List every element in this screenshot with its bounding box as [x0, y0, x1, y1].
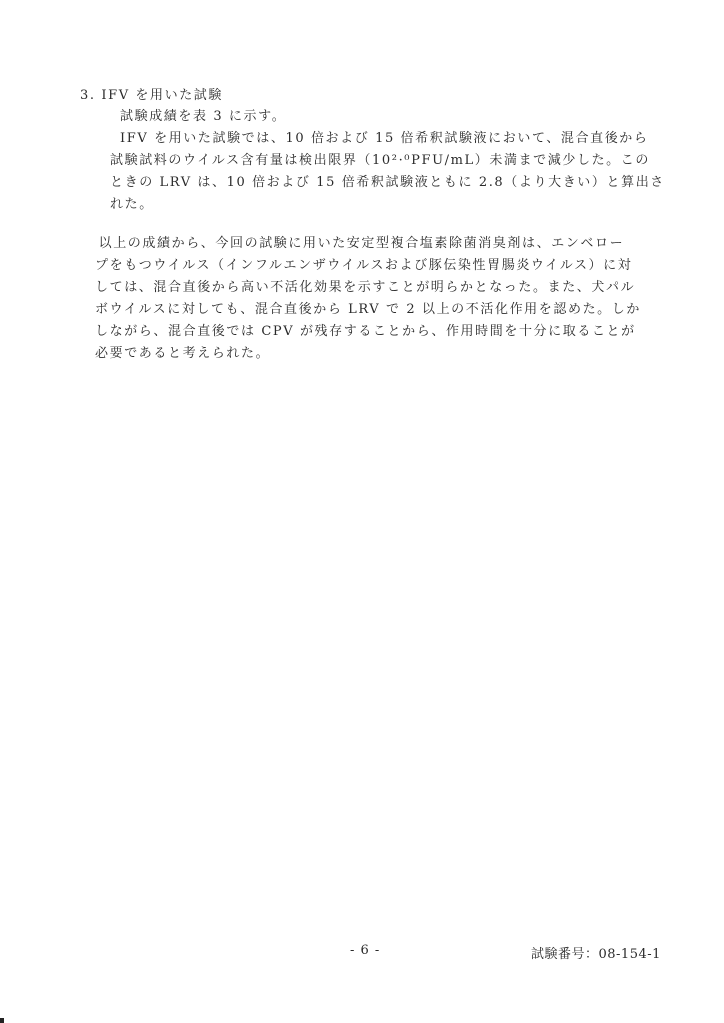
document-page: 3. IFV を用いた試験 試験成績を表 3 に示す。 IFV を用いた試験では… — [0, 0, 724, 1023]
conclusion-line-4: ボウイルスに対しても、混合直後から LRV で 2 以上の不活化作用を認めた。し… — [95, 299, 641, 321]
test-number: 試験番号：08-154-1 — [531, 943, 661, 962]
conclusion-line-1: 以上の成績から、今回の試験に用いた安定型複合塩素除菌消臭剤は、エンベロー — [84, 233, 624, 255]
scan-mark — [0, 1018, 4, 1023]
section-heading: 3. IFV を用いた試験 — [80, 85, 223, 107]
paragraph1-line-3: ときの LRV は、10 倍および 15 倍希釈試験液ともに 2.8（より大きい… — [110, 172, 665, 194]
paragraph1-line-4: れた。 — [110, 194, 154, 216]
conclusion-line-6: 必要であると考えられた。 — [95, 343, 270, 365]
paragraph1-line-1: IFV を用いた試験では、10 倍および 15 倍希釈試験液において、混合直後か… — [120, 128, 649, 150]
conclusion-line-2: プをもつウイルス（インフルエンザウイルスおよび豚伝染性胃腸炎ウイルス）に対 — [95, 255, 632, 277]
conclusion-line-3: しては、混合直後から高い不活化効果を示すことが明らかとなった。また、犬パル — [95, 277, 635, 299]
section-intro: 試験成績を表 3 に示す。 — [120, 106, 286, 128]
paragraph1-line-2: 試験試料のウイルス含有量は検出限界（10²·⁰PFU/mL）未満まで減少した。こ… — [110, 150, 650, 172]
page-number: - 6 - — [350, 943, 380, 958]
conclusion-line-5: しながら、混合直後では CPV が残存することから、作用時間を十分に取ることが — [95, 321, 636, 343]
